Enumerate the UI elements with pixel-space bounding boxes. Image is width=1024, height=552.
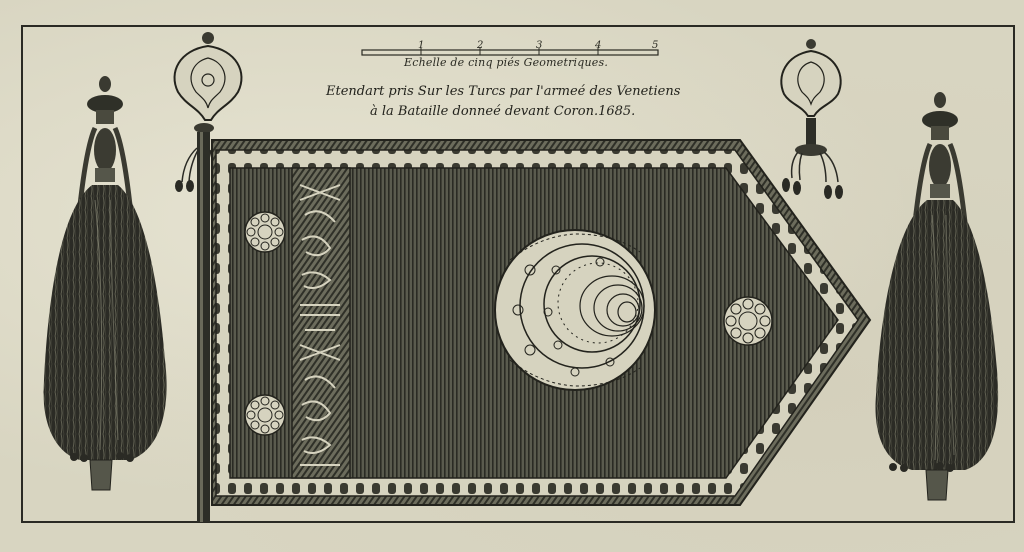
scale-tick-label: 3: [536, 40, 542, 51]
engraving-page: 1 2 3 4 5 Echelle de cinq piés Geometriq…: [0, 0, 1024, 552]
scale-tick-label: 4: [595, 40, 601, 51]
scale-bar: [362, 48, 658, 55]
rosette-ornament-right: [724, 297, 772, 345]
crescent-medallion: [495, 230, 655, 390]
title-line-2: à la Bataille donneé devant Coron.1685.: [370, 104, 635, 119]
horsetail-standard-left: [43, 76, 166, 490]
scale-tick-label: 5: [652, 40, 658, 51]
scale-caption: Echelle de cinq piés Geometriques.: [404, 56, 608, 69]
title-line-1: Etendart pris Sur les Turcs par l'armeé …: [326, 84, 680, 99]
rosette-ornament-top-left: [245, 212, 285, 252]
scale-tick-label: 2: [477, 40, 483, 51]
flame-finial-right: [781, 39, 843, 199]
rosette-ornament-bottom-left: [245, 395, 285, 435]
horsetail-standard-right: [875, 92, 998, 500]
ottoman-standard-flag: [212, 140, 870, 505]
scale-tick-label: 1: [418, 40, 424, 51]
engraving-artwork: [0, 0, 1024, 552]
